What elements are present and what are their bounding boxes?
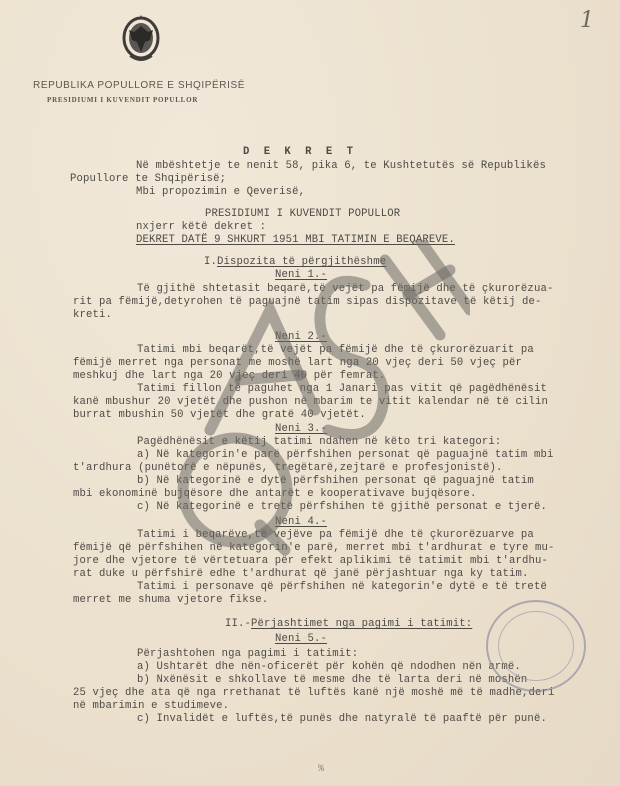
section-heading: II.-Përjashtimet nga pagimi i tatimit:: [225, 618, 472, 630]
article-line: kanë mbushur 20 vjetët dhe pushon në mba…: [73, 396, 548, 408]
article-title: Neni 4.-: [275, 516, 327, 528]
preamble-line: Popullore te Shqipërisë;: [70, 173, 226, 185]
document-title: D E K R E T: [243, 146, 357, 158]
article-line: a) Ushtarët dhe nën-oficerët për kohën q…: [137, 661, 521, 673]
article-line: Tatimi mbi beqarët,të vejët pa fëmijë dh…: [137, 344, 534, 356]
page-number: 1: [580, 8, 594, 33]
preamble-line: Mbi propozimin e Qeverisë,: [136, 186, 305, 198]
article-title: Neni 5.-: [275, 633, 327, 645]
article-line: b) Nxënësit e shkollave të mesme dhe të …: [137, 674, 527, 686]
article-line: fëmijë që përfshihen në kategorin'e parë…: [73, 542, 555, 554]
article-line: c) Në kategorinë e tretë përfshihen të g…: [137, 501, 547, 513]
article-line: kreti.: [73, 309, 112, 321]
issuer: PRESIDIUMI I KUVENDIT POPULLOR: [205, 208, 400, 220]
article-line: merret me shuma vjetore fikse.: [73, 594, 268, 606]
article-title: Neni 1.-: [275, 269, 327, 281]
article-line: Pagëdhënësit e këtij tatimi ndahen në kë…: [137, 436, 501, 448]
letterhead-republic: REPUBLIKA POPULLORE E SHQIPËRISË: [33, 80, 245, 91]
article-line: në mbarimin e studimeve.: [73, 700, 229, 712]
official-seal-stamp-icon: [486, 600, 586, 692]
article-line: a) Në kategorin'e parë përfshihen person…: [137, 449, 553, 461]
issues-line: nxjerr këtë dekret :: [136, 221, 266, 233]
article-line: jore dhe vjetore të vërtetuara për efekt…: [73, 555, 548, 567]
article-line: meshkuj dhe lart nga 20 vjeç deri 40 për…: [73, 370, 385, 382]
article-line: rat duke u përfshirë edhe t'ardhurat që …: [73, 568, 529, 580]
article-line: mbi ekonominë bujqësore dhe antarët e ko…: [73, 488, 476, 500]
article-line: Tatimi i beqarëve,të vejëve pa fëmijë dh…: [137, 529, 534, 541]
article-title: Neni 3.-: [275, 423, 327, 435]
footer-mark: %: [318, 764, 324, 775]
article-line: 25 vjeç dhe ata që nga rrethanat të luft…: [73, 687, 555, 699]
article-line: t'ardhura (punëtorë e nëpunës, tregëtarë…: [73, 462, 502, 474]
article-line: Të gjithë shtetasit beqarë,të vejët pa f…: [137, 283, 553, 295]
article-line: Përjashtohen nga pagimi i tatimit:: [137, 648, 358, 660]
article-line: c) Invalidët e luftës,të punës dhe natyr…: [137, 713, 547, 725]
document-page: REPUBLIKA POPULLORE E SHQIPËRISË PRESIDI…: [0, 0, 620, 786]
article-title: Neni 2.-: [275, 331, 327, 343]
albanian-eagle-emblem-icon: [118, 14, 164, 66]
article-line: burrat mbushin 50 vjetët dhe gratë 40 vj…: [73, 409, 366, 421]
article-line: b) Në kategorinë e dytë përfshihen perso…: [137, 475, 534, 487]
article-line: fëmijë merret nga personat me moshë lart…: [73, 357, 522, 369]
decree-title: DEKRET DATË 9 SHKURT 1951 MBI TATIMIN E …: [136, 234, 455, 246]
article-line: Tatimi i personave që përfshihen në kate…: [137, 581, 547, 593]
section-heading: I.Dispozita të përgjithëshme: [204, 256, 386, 268]
article-line: Tatimi fillon të paguhet nga 1 Janari pa…: [137, 383, 547, 395]
preamble-line: Në mbështetje te nenit 58, pika 6, te Ku…: [136, 160, 546, 172]
letterhead-presidium: PRESIDIUMI I KUVENDIT POPULLOR: [47, 96, 198, 104]
article-line: rit pa fëmijë,detyrohen të paguajnë tati…: [73, 296, 542, 308]
